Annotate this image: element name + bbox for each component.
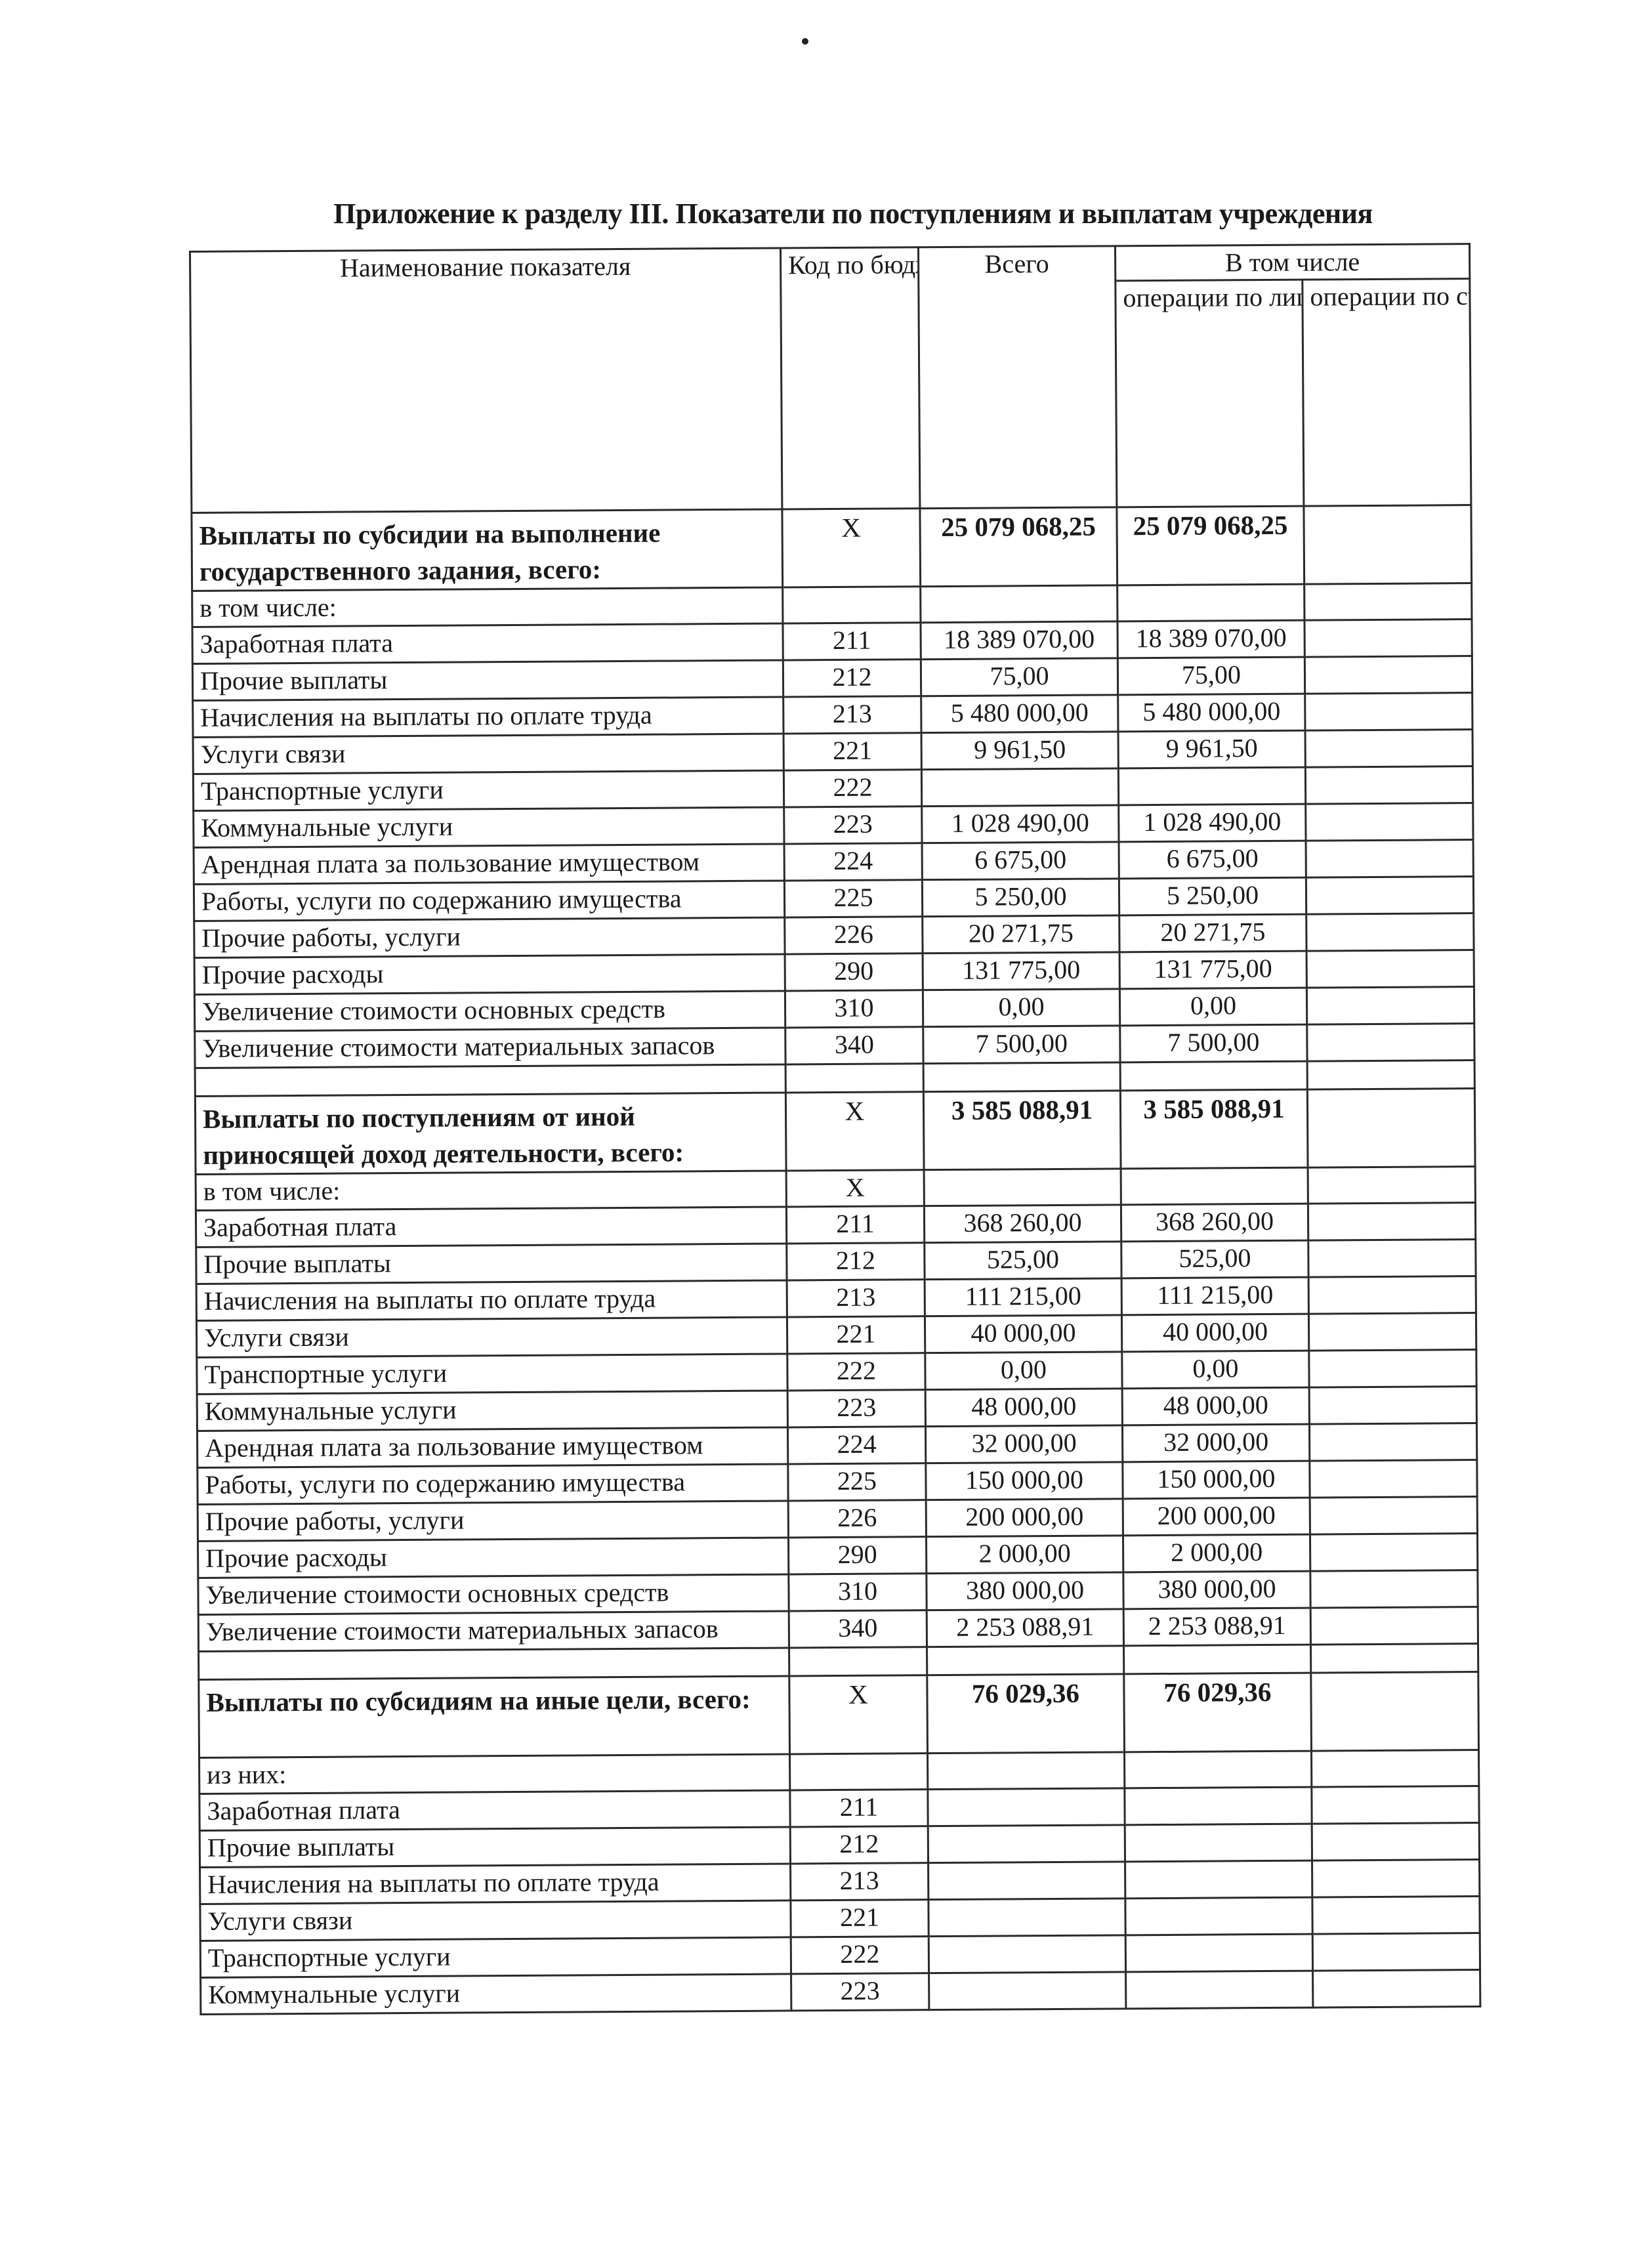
row-total: 9 961,50 [921,732,1118,770]
row-code: 211 [783,623,921,660]
empty-cell [199,1648,789,1679]
empty-cell [1117,584,1304,621]
section-foreign-currency [1304,505,1472,585]
row-total: 75,00 [921,658,1117,696]
row-foreign-currency [1312,1860,1480,1898]
subheader-code [783,587,921,623]
row-total: 525,00 [925,1242,1121,1280]
row-federal-treasury: 20 271,75 [1119,914,1306,952]
row-name: Работы, услуги по содержанию имущества [194,881,784,921]
row-federal-treasury: 5 480 000,00 [1118,694,1305,732]
payments-table: Наименование показателя Код по бюджетной… [189,243,1481,2015]
row-federal-treasury: 7 500,00 [1120,1024,1307,1062]
row-foreign-currency [1310,1460,1477,1498]
empty-cell [195,1064,785,1096]
row-federal-treasury: 525,00 [1121,1240,1308,1278]
row-federal-treasury: 75,00 [1117,657,1304,695]
section-code: X [782,509,921,587]
row-name: Начисления на выплаты по оплате труда [196,1280,787,1320]
row-federal-treasury: 2 253 088,91 [1123,1608,1310,1646]
empty-cell [928,1752,1125,1790]
empty-cell [785,1064,923,1093]
row-code: 290 [788,1537,926,1574]
subheader-label: из них: [199,1754,790,1794]
row-federal-treasury: 32 000,00 [1122,1424,1309,1462]
row-federal-treasury: 2 000,00 [1123,1534,1310,1572]
row-code: 222 [783,770,921,807]
header-total: Всего [918,246,1116,509]
row-name: Прочие работы, услуги [194,917,785,957]
row-foreign-currency [1310,1607,1478,1645]
row-name: Коммунальные услуги [201,1974,791,2014]
row-name: Прочие выплаты [192,660,783,700]
section-total-row: Выплаты по субсидиям на иные цели, всего… [199,1672,1479,1758]
scan-speck [802,38,808,45]
row-code: 226 [785,917,923,954]
empty-cell [1308,1167,1475,1204]
row-federal-treasury [1125,1824,1312,1862]
row-total: 5 480 000,00 [921,695,1118,733]
row-name: Прочие выплаты [196,1244,787,1284]
table-body: Выплаты по субсидии на выполнение госуда… [192,505,1480,2015]
row-name: Транспортные услуги [193,770,783,810]
row-federal-treasury: 48 000,00 [1122,1387,1309,1425]
row-total: 0,00 [925,1352,1122,1390]
row-federal-treasury: 368 260,00 [1121,1204,1308,1242]
row-name: Заработная плата [192,623,783,663]
row-name: Прочие работы, услуги [198,1501,788,1541]
row-name: Коммунальные услуги [194,807,784,847]
row-total: 7 500,00 [923,1026,1120,1064]
section-total: 76 029,36 [927,1674,1125,1753]
row-code: 221 [783,733,921,770]
section-foreign-currency [1307,1089,1475,1168]
row-federal-treasury [1126,1971,1313,2009]
row-name: Увеличение стоимости материальных запасо… [195,1028,785,1068]
header-code: Код по бюджетной классифик а-ции операци… [780,247,919,509]
row-code: 222 [787,1353,925,1391]
row-federal-treasury [1125,1860,1312,1899]
row-name: Арендная плата за пользование имуществом [197,1427,787,1467]
section-code: X [789,1675,928,1754]
row-code: 310 [785,990,923,1028]
row-total: 1 028 490,00 [922,805,1119,843]
row-foreign-currency [1309,1350,1476,1388]
row-total: 40 000,00 [925,1315,1121,1353]
row-foreign-currency [1306,950,1474,988]
empty-cell [1311,1750,1478,1788]
empty-cell [1121,1167,1308,1205]
row-federal-treasury: 1 028 490,00 [1119,804,1306,842]
header-including: В том числе [1115,244,1469,281]
empty-cell [1307,1060,1474,1090]
row-code: 221 [791,1900,929,1937]
row-total: 2 253 088,91 [927,1609,1123,1647]
row-federal-treasury: 200 000,00 [1123,1498,1310,1536]
document-title: Приложение к разделу III. Показатели по … [276,197,1430,230]
row-federal-treasury: 380 000,00 [1123,1571,1310,1609]
section-federal-treasury: 76 029,36 [1124,1673,1312,1752]
row-foreign-currency [1308,1240,1476,1278]
row-federal-treasury: 150 000,00 [1123,1461,1310,1499]
row-name: Заработная плата [196,1207,786,1247]
row-name: Арендная плата за пользование имуществом [194,844,784,884]
row-foreign-currency [1306,877,1473,915]
section-foreign-currency [1311,1672,1479,1752]
row-foreign-currency [1306,803,1473,841]
row-foreign-currency [1307,1024,1474,1062]
row-name: Заработная плата [199,1790,790,1830]
row-federal-treasury: 40 000,00 [1121,1314,1308,1352]
row-code: 211 [790,1790,928,1827]
row-code: 222 [791,1937,929,1974]
section-total: 3 585 088,91 [923,1091,1121,1170]
empty-cell [1120,1061,1307,1091]
row-federal-treasury [1125,1934,1312,1972]
row-total: 18 389 070,00 [921,621,1117,660]
row-name: Прочие расходы [194,954,785,994]
row-total: 0,00 [923,989,1119,1027]
row-code: 226 [788,1500,926,1538]
row-foreign-currency [1313,1970,1480,2008]
row-total [928,1788,1125,1826]
row-code: 221 [787,1316,925,1354]
empty-cell [927,1646,1124,1675]
row-foreign-currency [1310,1534,1477,1572]
row-foreign-currency [1305,766,1472,805]
row-total [921,768,1118,807]
row-name: Услуги связи [196,1317,787,1357]
subheader-label: в том числе: [192,587,783,627]
row-code: 213 [791,1863,929,1900]
row-foreign-currency [1309,1423,1476,1461]
row-code: 213 [783,696,921,734]
row-code: 225 [784,880,922,917]
row-name: Работы, услуги по содержанию имущества [198,1464,788,1504]
row-name: Увеличение стоимости основных средств [198,1574,789,1614]
row-foreign-currency [1306,840,1473,878]
row-total: 2 000,00 [926,1536,1123,1574]
row-code: 213 [787,1280,925,1317]
row-foreign-currency [1305,693,1472,731]
row-total [928,1825,1125,1863]
row-code: 223 [784,807,922,844]
row-name: Транспортные услуги [200,1937,791,1977]
row-code: 212 [790,1826,928,1864]
header-name: Наименование показателя [190,248,782,513]
scanned-page: Приложение к разделу III. Показатели по … [0,0,1628,2268]
section-total-row: Выплаты по субсидии на выполнение госуда… [192,505,1472,591]
row-name: Начисления на выплаты по оплате труда [200,1864,791,1904]
row-foreign-currency [1312,1823,1479,1861]
empty-cell [789,1647,927,1676]
section-total-row: Выплаты по поступлениям от иной приносящ… [195,1089,1475,1175]
row-total: 6 675,00 [922,842,1119,880]
section-code: X [785,1092,924,1171]
row-code: 211 [786,1206,924,1244]
header-federal-treasury: операции по лицевым счетам, открытым в о… [1116,280,1304,507]
row-code: 224 [787,1427,925,1464]
section-title: Выплаты по субсидиям на иные цели, всего… [199,1676,790,1757]
section-title: Выплаты по поступлениям от иной приносящ… [195,1093,786,1174]
row-foreign-currency [1312,1786,1479,1824]
row-total: 380 000,00 [927,1572,1123,1610]
empty-cell [1125,1751,1312,1788]
row-federal-treasury: 131 775,00 [1119,951,1306,989]
row-code: 223 [791,1973,929,2011]
row-federal-treasury: 18 389 070,00 [1117,620,1304,658]
row-code: 223 [787,1390,925,1427]
row-total: 200 000,00 [926,1499,1123,1537]
row-federal-treasury [1125,1897,1312,1935]
row-federal-treasury: 0,00 [1119,988,1306,1026]
section-federal-treasury: 3 585 088,91 [1120,1089,1308,1169]
row-code: 290 [785,954,923,991]
row-foreign-currency [1309,1387,1476,1425]
row-total: 111 215,00 [925,1278,1121,1316]
row-federal-treasury: 111 215,00 [1121,1277,1308,1315]
row-federal-treasury: 5 250,00 [1119,877,1306,915]
section-total: 25 079 068,25 [920,507,1117,587]
row-code: 224 [784,843,922,881]
row-total: 150 000,00 [926,1462,1123,1500]
row-total: 20 271,75 [923,915,1119,954]
row-code: 212 [787,1243,925,1280]
row-total: 131 775,00 [923,952,1119,990]
empty-cell [921,585,1117,623]
row-foreign-currency [1308,1276,1476,1314]
row-federal-treasury: 6 675,00 [1119,841,1306,879]
row-foreign-currency [1310,1497,1477,1535]
row-foreign-currency [1304,619,1472,658]
empty-cell [923,1062,1120,1092]
row-foreign-currency [1312,1897,1480,1935]
row-federal-treasury [1118,767,1305,805]
row-name: Услуги связи [200,1900,791,1941]
row-foreign-currency [1308,1313,1476,1351]
row-total: 32 000,00 [925,1425,1122,1463]
row-federal-treasury: 0,00 [1122,1351,1309,1389]
row-code: 310 [789,1574,927,1611]
empty-cell [1124,1645,1311,1674]
row-total [929,1972,1126,2010]
row-name: Транспортные услуги [197,1354,787,1394]
row-name: Прочие расходы [198,1538,789,1578]
row-foreign-currency [1306,987,1474,1025]
row-code: 225 [788,1463,926,1501]
row-foreign-currency [1310,1570,1478,1608]
row-name: Начисления на выплаты по оплате труда [193,697,783,737]
row-total: 5 250,00 [922,879,1119,917]
row-code: 340 [785,1027,923,1064]
table-row: Коммунальные услуги223 [201,1970,1480,2015]
row-name: Коммунальные услуги [197,1391,787,1431]
row-name: Увеличение стоимости основных средств [194,991,785,1031]
subheader-code [790,1753,928,1790]
row-foreign-currency [1308,1203,1475,1241]
section-title: Выплаты по субсидии на выполнение госуда… [192,509,783,591]
row-total [929,1899,1125,1937]
subheader-label: в том числе: [196,1171,786,1210]
empty-cell [924,1169,1121,1206]
section-federal-treasury: 25 079 068,25 [1117,506,1304,585]
row-foreign-currency [1306,913,1474,952]
row-federal-treasury: 9 961,50 [1118,730,1305,768]
row-foreign-currency [1304,656,1472,694]
row-name: Прочие выплаты [199,1827,790,1867]
row-code: 340 [789,1610,927,1648]
row-foreign-currency [1305,730,1472,768]
row-federal-treasury [1125,1787,1312,1825]
empty-cell [1311,1644,1478,1673]
header-foreign-currency: операции по счетам, открытым в кредитных… [1303,279,1471,507]
subheader-code: X [786,1170,924,1207]
row-total [929,1935,1125,1973]
row-name: Увеличение стоимости материальных запасо… [198,1611,789,1651]
empty-cell [1304,583,1472,621]
row-code: 212 [783,660,921,697]
row-name: Услуги связи [193,734,783,774]
row-total: 368 260,00 [924,1205,1121,1243]
row-total [929,1862,1125,1900]
row-foreign-currency [1312,1933,1480,1971]
row-total: 48 000,00 [925,1389,1122,1427]
